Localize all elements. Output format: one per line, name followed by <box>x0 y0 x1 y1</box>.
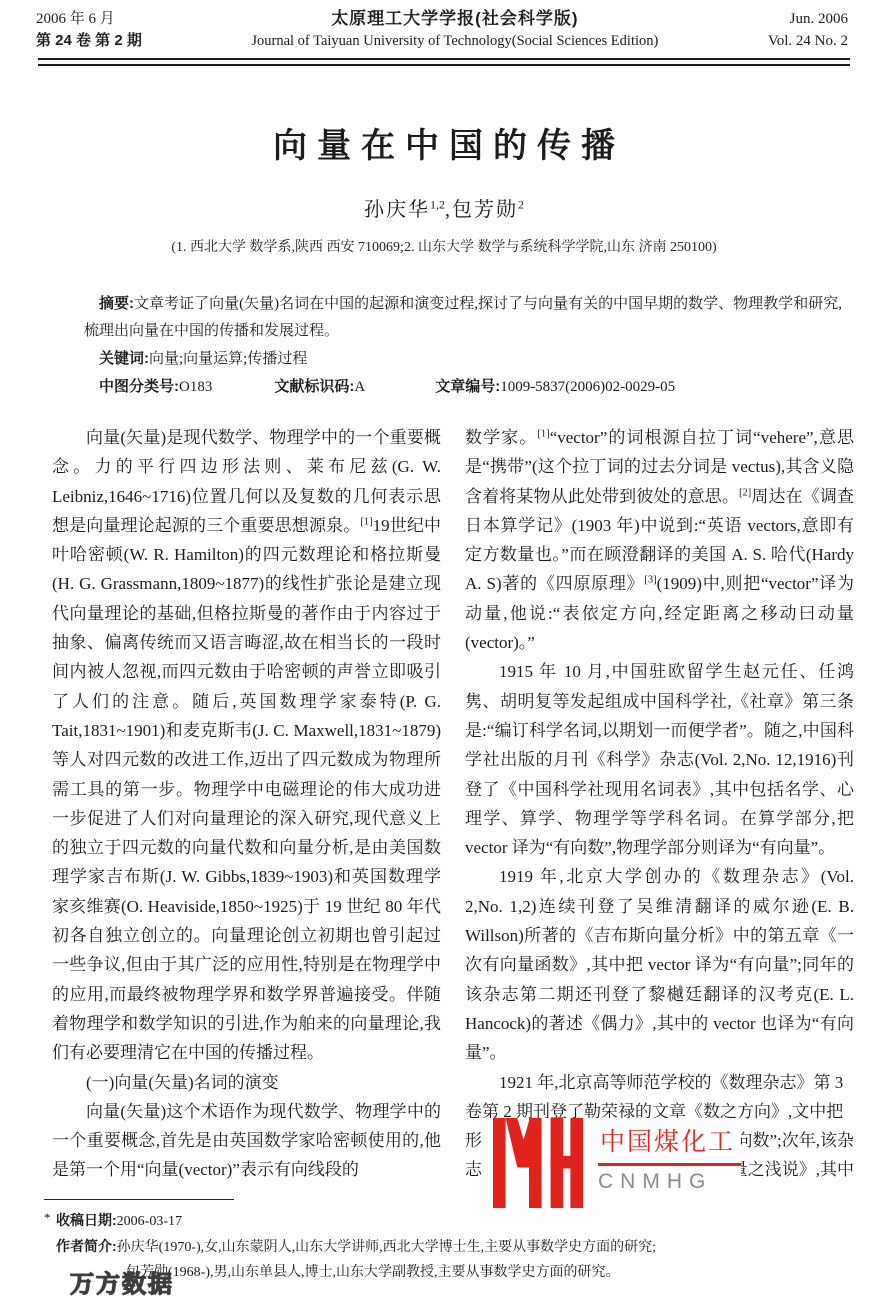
volume-issue-en: Vol. 24 No. 2 <box>768 30 848 52</box>
doc-code-label: 文献标识码: <box>274 378 354 395</box>
header-right: Jun. 2006 Vol. 24 No. 2 <box>768 8 848 52</box>
tail-line-3-left: 形 <box>465 1126 482 1155</box>
author-bio-line-2: 包芳勋(1968-),男,山东单县人,博士,山东大学副教授,主要从事数学史方面的… <box>56 1261 848 1286</box>
received-line: *收稿日期:2006-03-17 <box>56 1208 848 1235</box>
header-left: 2006 年 6 月 第 24 卷 第 2 期 <box>36 8 142 52</box>
classification-line: 中图分类号:O183文献标识码:A文章编号:1009-5837(2006)02-… <box>84 373 842 401</box>
header-center: 太原理工大学学报(社会科学版) Journal of Taiyuan Unive… <box>142 8 768 52</box>
body-paragraph: 向量(矢量)这个术语作为现代数学、物理学中的一个重要概念,首先是由英国数学家哈密… <box>52 1097 441 1185</box>
cnmhg-chinese-label: 中国煤化工 <box>598 1122 741 1166</box>
received-label: 收稿日期: <box>56 1212 117 1228</box>
keywords-text: 向量;向量运算;传播过程 <box>149 351 307 367</box>
bio-label: 作者简介: <box>56 1238 117 1254</box>
cnmhg-text-block: 中国煤化工 CNMHG <box>598 1118 741 1208</box>
cnmhg-watermark: 中国煤化工 CNMHG <box>490 1118 741 1208</box>
cnmhg-latin-label: CNMHG <box>598 1170 741 1194</box>
article-title: 向量在中国的传播 <box>0 118 888 167</box>
volume-issue-cn: 第 24 卷 第 2 期 <box>36 30 142 52</box>
author-2-affmark: 2 <box>518 197 524 211</box>
author-line: 孙庆华1,2,包芳勋2 <box>0 193 888 222</box>
abstract-text: 文章考证了向量(矢量)名词在中国的起源和演变过程,探讨了与向量有关的中国早期的数… <box>84 296 842 339</box>
cnmhg-logo-icon <box>490 1118 586 1208</box>
footnote-asterisk: * <box>44 1206 51 1231</box>
author-bio-line-1: 作者简介:孙庆华(1970-),女,山东蒙阴人,山东大学讲师,西北大学博士生,主… <box>56 1234 848 1261</box>
footnote-separator-rule <box>44 1199 234 1200</box>
body-paragraph: 1919 年,北京大学创办的《数理杂志》(Vol. 2,No. 1,2)连续刊登… <box>465 862 854 1067</box>
journal-title-cn: 太原理工大学学报(社会科学版) <box>142 8 768 30</box>
article-id-segment: 文章编号:1009-5837(2006)02-0029-05 <box>435 379 675 395</box>
clc-label: 中图分类号: <box>99 378 179 395</box>
header-double-rule <box>38 58 850 66</box>
footnotes-block: *收稿日期:2006-03-17 作者简介:孙庆华(1970-),女,山东蒙阴人… <box>56 1208 848 1286</box>
section-heading: (一)向量(矢量)名词的演变 <box>52 1068 441 1097</box>
clc-segment: 中图分类号:O183 <box>99 379 212 395</box>
abstract-label: 摘要: <box>99 295 134 312</box>
article-id-label: 文章编号: <box>435 378 500 395</box>
tail-line-1: 1921 年,北京高等师范学校的《数理杂志》第 3 <box>465 1068 854 1097</box>
journal-title-en: Journal of Taiyuan University of Technol… <box>142 30 768 52</box>
tail-line-4-left: 志 <box>465 1155 482 1184</box>
doc-code-segment: 文献标识码:A <box>274 379 365 395</box>
clc-value: O183 <box>179 379 212 395</box>
right-column: 数学家。[1]“vector”的词根源自拉丁词“vehere”,意思是“携带”(… <box>465 423 854 1185</box>
author-2-name: 包芳勋 <box>452 199 518 221</box>
author-1-name: 孙庆华 <box>364 199 430 221</box>
article-id-value: 1009-5837(2006)02-0029-05 <box>500 379 675 395</box>
journal-header: 2006 年 6 月 第 24 卷 第 2 期 太原理工大学学报(社会科学版) … <box>0 0 888 52</box>
issue-date-en: Jun. 2006 <box>768 8 848 30</box>
body-columns: 向量(矢量)是现代数学、物理学中的一个重要概念。力的平行四边形法则、莱布尼兹(G… <box>0 423 888 1185</box>
bio-2-text: 包芳勋(1968-),男,山东单县人,博士,山东大学副教授,主要从事数学史方面的… <box>126 1265 620 1280</box>
body-paragraph: 向量(矢量)是现代数学、物理学中的一个重要概念。力的平行四边形法则、莱布尼兹(G… <box>52 423 441 1068</box>
doc-code-value: A <box>354 379 365 395</box>
body-paragraph: 数学家。[1]“vector”的词根源自拉丁词“vehere”,意思是“携带”(… <box>465 423 854 657</box>
wanfang-watermark: 万方数据 <box>70 1264 174 1299</box>
author-separator: , <box>445 199 452 221</box>
affiliation-line: (1. 西北大学 数学系,陕西 西安 710069;2. 山东大学 数学与系统科… <box>0 236 888 256</box>
keywords-label: 关键词: <box>99 350 149 367</box>
body-paragraph: 1915 年 10 月,中国驻欧留学生赵元任、任鸿隽、胡明复等发起组成中国科学社… <box>465 657 854 862</box>
abstract-block: 摘要:文章考证了向量(矢量)名词在中国的起源和演变过程,探讨了与向量有关的中国早… <box>84 290 842 401</box>
scanned-paper-page: 2006 年 6 月 第 24 卷 第 2 期 太原理工大学学报(社会科学版) … <box>0 0 888 1308</box>
keywords-line: 关键词:向量;向量运算;传播过程 <box>84 345 842 373</box>
received-date: 2006-03-17 <box>117 1214 182 1229</box>
bio-1-text: 孙庆华(1970-),女,山东蒙阴人,山东大学讲师,西北大学博士生,主要从事数学… <box>117 1240 656 1255</box>
left-column: 向量(矢量)是现代数学、物理学中的一个重要概念。力的平行四边形法则、莱布尼兹(G… <box>52 423 441 1185</box>
issue-date-cn: 2006 年 6 月 <box>36 8 142 30</box>
author-1-affmark: 1,2 <box>430 197 445 211</box>
abstract-paragraph: 摘要:文章考证了向量(矢量)名词在中国的起源和演变过程,探讨了与向量有关的中国早… <box>84 290 842 345</box>
